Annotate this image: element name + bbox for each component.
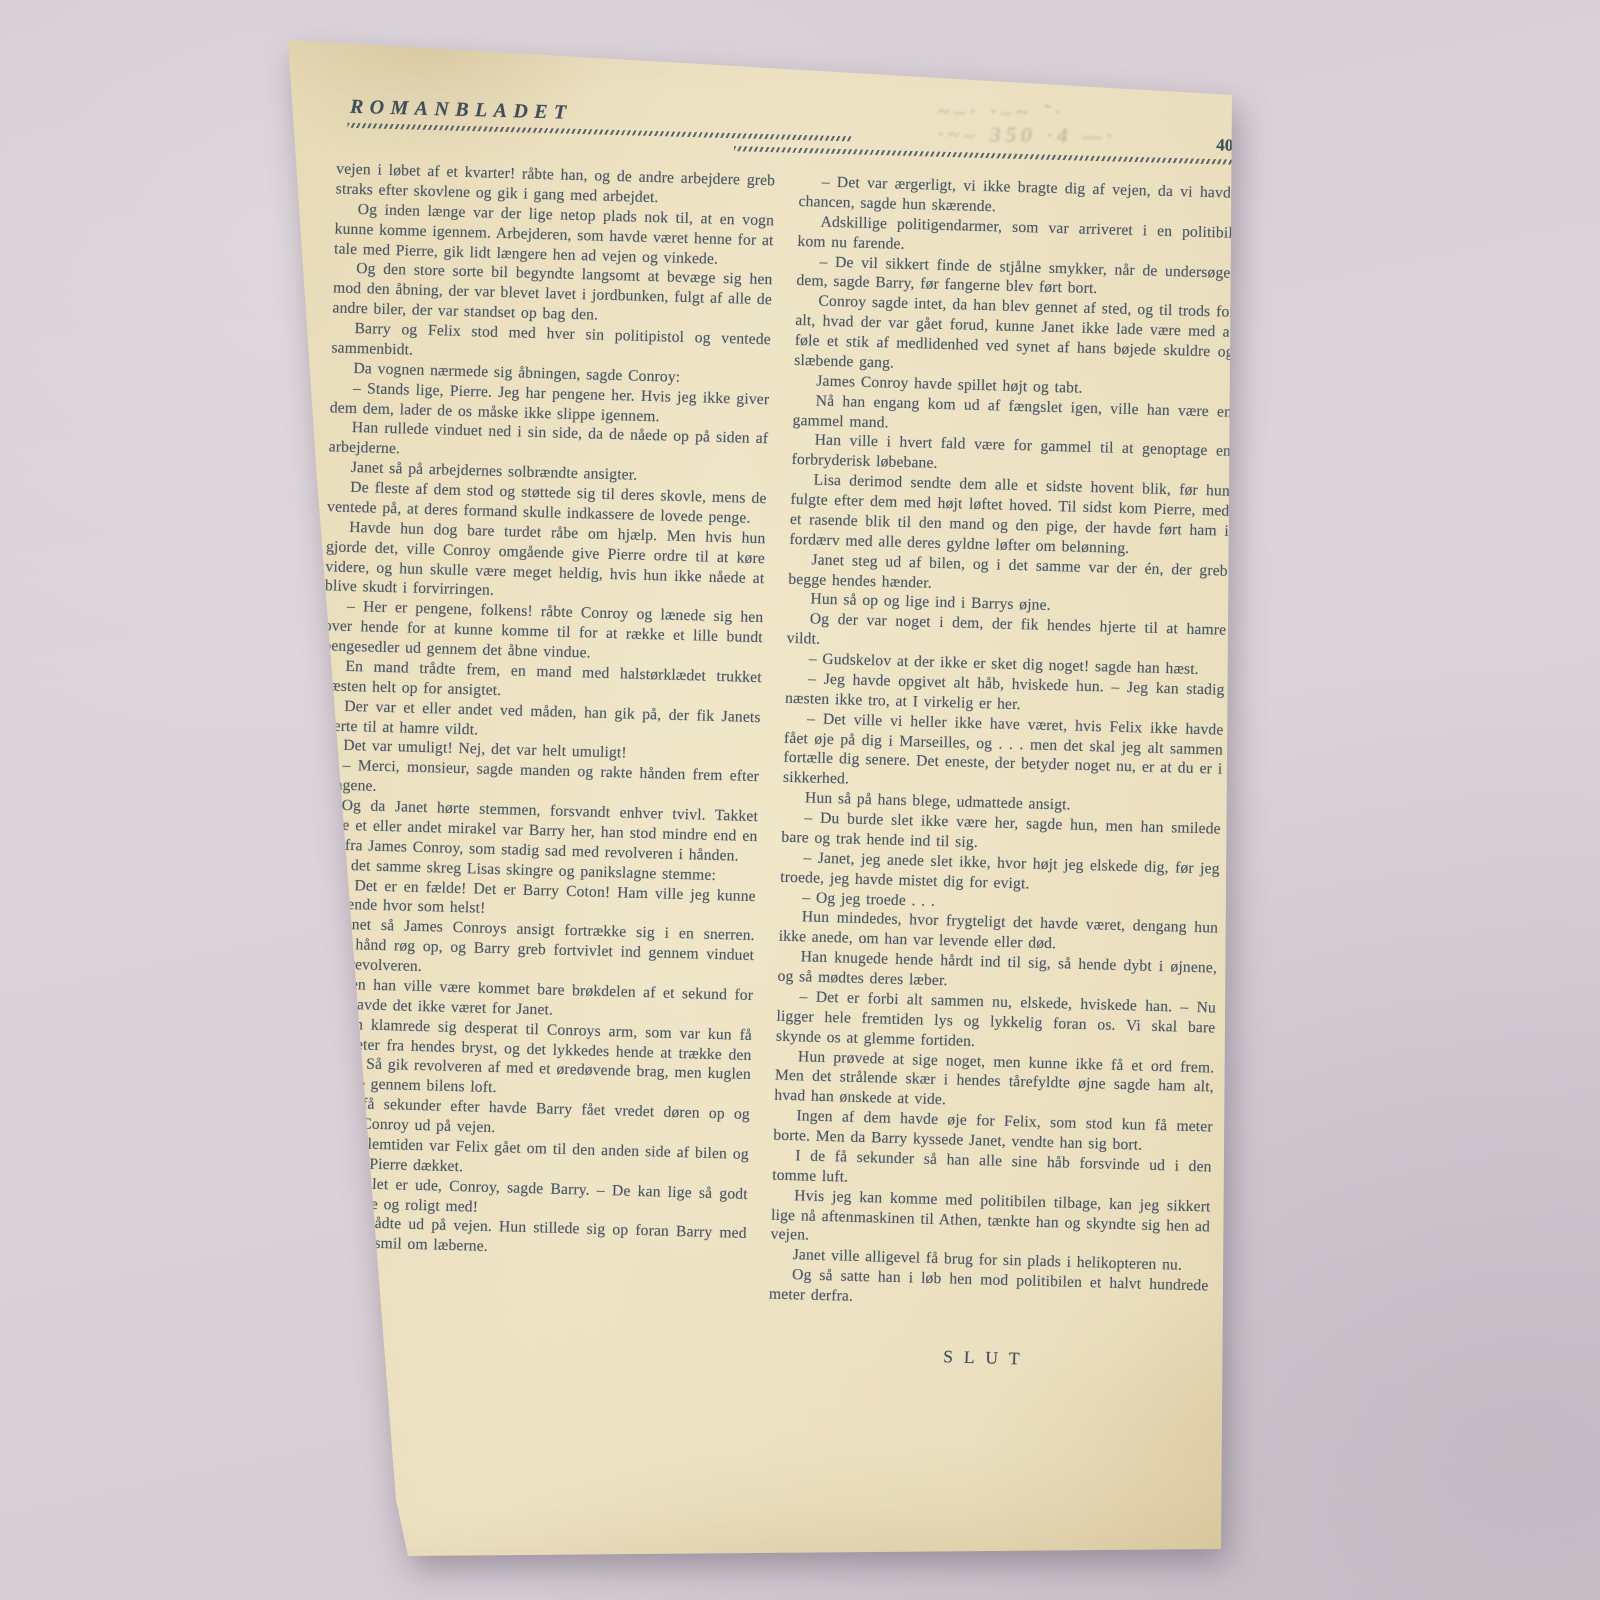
pencil-line: ·~– 350 ·4 —· (938, 123, 1218, 149)
left-column: vejen i løbet af et kvarter! råbte han, … (304, 159, 775, 1362)
paragraph: – Det er forbi alt sammen nu, elskede, h… (776, 987, 1216, 1058)
zigzag-rule-left (347, 123, 852, 142)
photo-background: ROMANBLADET 40 ~–· ·–~ ˜· ·~– 350 ·4 —· … (0, 0, 1600, 1600)
paragraph: Havde hun dog bare turdet råbe om hjælp.… (325, 517, 766, 608)
paragraph: Lisa derimod sendte dem alle et sidste h… (789, 470, 1230, 561)
page-number: 40 (1216, 135, 1234, 155)
paragraph: Hun klamrede sig desperat til Conroys ar… (311, 1014, 752, 1105)
masthead-title: ROMANBLADET (350, 96, 573, 125)
paragraph: Og da Janet hørte stemmen, forsvandt enh… (318, 795, 758, 866)
pencil-marking: ~–· ·–~ ˜· ·~– 350 ·4 —· (938, 100, 1218, 149)
page-content: ROMANBLADET 40 ~–· ·–~ ˜· ·~– 350 ·4 —· … (304, 95, 1240, 1374)
text-columns: vejen i løbet af et kvarter! råbte han, … (304, 159, 1238, 1374)
right-column: – Det var ærgerligt, vi ikke bragte dig … (767, 172, 1238, 1375)
paragraph: – Det ville vi heller ikke have været, h… (783, 708, 1224, 799)
magazine-page: ROMANBLADET 40 ~–· ·–~ ˜· ·~– 350 ·4 —· … (0, 0, 1600, 1600)
paragraph: Conroy sagde intet, da han blev gennet a… (794, 291, 1235, 382)
zigzag-rule-right (734, 146, 1239, 165)
page-shadow: ROMANBLADET 40 ~–· ·–~ ˜· ·~– 350 ·4 —· … (0, 0, 1600, 1600)
right-column-text: – Det var ærgerligt, vi ikke bragte dig … (769, 172, 1238, 1316)
